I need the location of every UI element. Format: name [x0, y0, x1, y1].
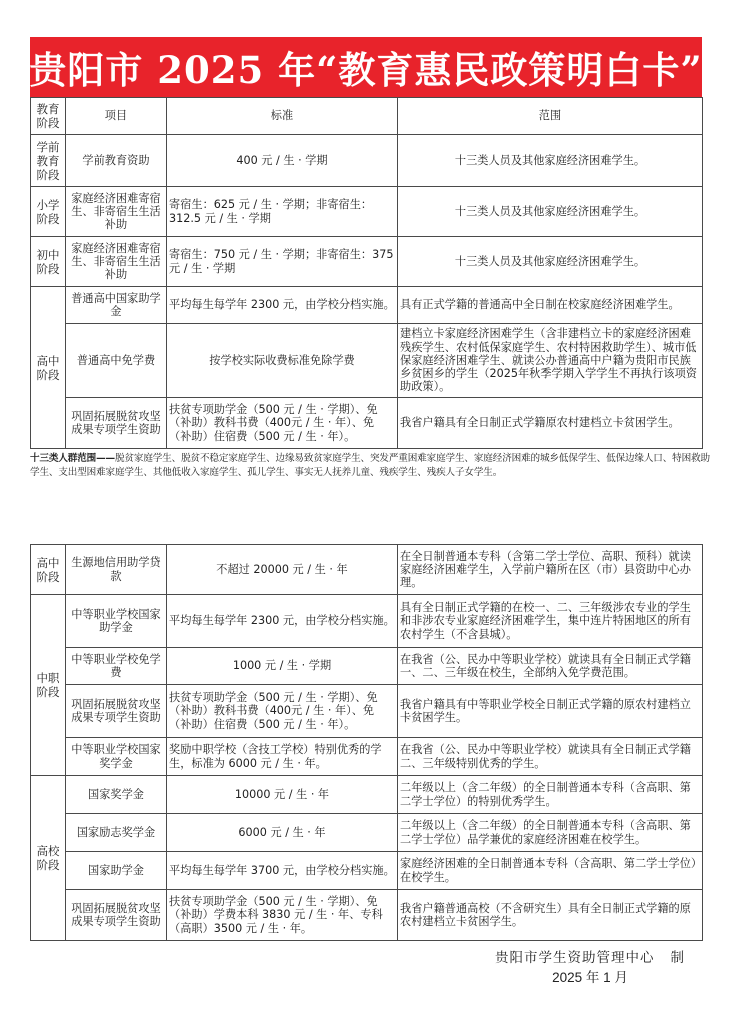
header-stage: 教育阶段 — [31, 98, 66, 135]
scope-cell: 我省户籍普通高校（不含研究生）具有全日制正式学籍的原农村建档立卡贫困学生。 — [398, 890, 703, 941]
item-cell: 中等职业学校国家助学金 — [66, 595, 167, 648]
standard-cell: 扶贫专项助学金（500 元 / 生 · 学期）、免（补助）教科书费（400元 /… — [167, 398, 398, 449]
scope-cell: 家庭经济困难的全日制普通本专科（含高职、第二学士学位）在校学生。 — [398, 852, 703, 890]
policy-table-1: 教育阶段 项目 标准 范围 学前教育阶段 学前教育资助 400 元 / 生 · … — [30, 97, 703, 449]
table-row: 高校阶段 国家奖学金 10000 元 / 生 · 年 二年级以上（含二年级）的全… — [31, 776, 703, 814]
policy-table-2: 高中阶段 生源地信用助学贷款 不超过 20000 元 / 生 · 年 在全日制普… — [30, 544, 703, 941]
table-row: 小学阶段 家庭经济困难寄宿生、非寄宿生生活补助 寄宿生：625 元 / 生 · … — [31, 187, 703, 237]
item-cell: 中等职业学校国家奖学金 — [66, 738, 167, 776]
item-cell: 巩固拓展脱贫攻坚成果专项学生资助 — [66, 685, 167, 738]
table-row: 国家助学金 平均每生每学年 3700 元，由学校分档实施。 家庭经济困难的全日制… — [31, 852, 703, 890]
item-cell: 巩固拓展脱贫攻坚成果专项学生资助 — [66, 398, 167, 449]
standard-cell: 平均每生每学年 2300 元，由学校分档实施。 — [167, 595, 398, 648]
table-row: 中等职业学校免学费 1000 元 / 生 · 学期 在我省（公、民办中等职业学校… — [31, 648, 703, 685]
table-row: 国家励志奖学金 6000 元 / 生 · 年 二年级以上（含二年级）的全日制普通… — [31, 814, 703, 852]
table-row: 巩固拓展脱贫攻坚成果专项学生资助 扶贫专项助学金（500 元 / 生 · 学期）… — [31, 890, 703, 941]
stage-cell: 高中阶段 — [31, 545, 66, 595]
standard-cell: 寄宿生：625 元 / 生 · 学期；非寄宿生：312.5 元 / 生 · 学期 — [167, 187, 398, 237]
thirteen-categories-note: 十三类人群范围——脱贫家庭学生、脱贫不稳定家庭学生、边缘易致贫家庭学生、突发严重… — [30, 452, 710, 479]
standard-cell: 不超过 20000 元 / 生 · 年 — [167, 545, 398, 595]
scope-cell: 二年级以上（含二年级）的全日制普通本专科（含高职、第二学士学位）品学兼优的家庭经… — [398, 814, 703, 852]
page-title: 贵阳市 2025 年“教育惠民政策明白卡” — [29, 40, 702, 94]
item-cell: 国家助学金 — [66, 852, 167, 890]
table-header-row: 教育阶段 项目 标准 范围 — [31, 98, 703, 135]
standard-cell: 平均每生每学年 3700 元，由学校分档实施。 — [167, 852, 398, 890]
standard-cell: 寄宿生：750 元 / 生 · 学期；非寄宿生：375 元 / 生 · 学期 — [167, 237, 398, 287]
table-row: 高中阶段 生源地信用助学贷款 不超过 20000 元 / 生 · 年 在全日制普… — [31, 545, 703, 595]
standard-cell: 1000 元 / 生 · 学期 — [167, 648, 398, 685]
standard-cell: 10000 元 / 生 · 年 — [167, 776, 398, 814]
standard-cell: 按学校实际收费标准免除学费 — [167, 324, 398, 398]
table-row: 初中阶段 家庭经济困难寄宿生、非寄宿生生活补助 寄宿生：750 元 / 生 · … — [31, 237, 703, 287]
table-row: 巩固拓展脱贫攻坚成果专项学生资助 扶贫专项助学金（500 元 / 生 · 学期）… — [31, 685, 703, 738]
table-row: 高中阶段 普通高中国家助学金 平均每生每学年 2300 元，由学校分档实施。 具… — [31, 287, 703, 324]
header-scope: 范围 — [398, 98, 703, 135]
scope-cell: 在我省（公、民办中等职业学校）就读具有全日制正式学籍一、二、三年级在校生，全部纳… — [398, 648, 703, 685]
issuer-footer: 贵阳市学生资助管理中心制 2025 年 1 月 — [470, 948, 710, 988]
note-text: 脱贫家庭学生、脱贫不稳定家庭学生、边缘易致贫家庭学生、突发严重困难家庭学生、家庭… — [30, 453, 710, 478]
stage-cell: 学前教育阶段 — [31, 135, 66, 187]
item-cell: 家庭经济困难寄宿生、非寄宿生生活补助 — [66, 237, 167, 287]
item-cell: 普通高中免学费 — [66, 324, 167, 398]
item-cell: 普通高中国家助学金 — [66, 287, 167, 324]
issuer-made: 制 — [671, 950, 686, 965]
stage-cell: 高校阶段 — [31, 776, 66, 941]
header-standard: 标准 — [167, 98, 398, 135]
scope-cell: 十三类人员及其他家庭经济困难学生。 — [398, 135, 703, 187]
standard-cell: 平均每生每学年 2300 元，由学校分档实施。 — [167, 287, 398, 324]
header-item: 项目 — [66, 98, 167, 135]
item-cell: 学前教育资助 — [66, 135, 167, 187]
table-row: 中职阶段 中等职业学校国家助学金 平均每生每学年 2300 元，由学校分档实施。… — [31, 595, 703, 648]
scope-cell: 在我省（公、民办中等职业学校）就读具有全日制正式学籍二、三年级特别优秀的学生。 — [398, 738, 703, 776]
scope-cell: 我省户籍具有全日制正式学籍原农村建档立卡贫困学生。 — [398, 398, 703, 449]
item-cell: 家庭经济困难寄宿生、非寄宿生生活补助 — [66, 187, 167, 237]
item-cell: 巩固拓展脱贫攻坚成果专项学生资助 — [66, 890, 167, 941]
table-row: 学前教育阶段 学前教育资助 400 元 / 生 · 学期 十三类人员及其他家庭经… — [31, 135, 703, 187]
item-cell: 生源地信用助学贷款 — [66, 545, 167, 595]
note-label: 十三类人群范围—— — [30, 453, 115, 464]
item-cell: 国家奖学金 — [66, 776, 167, 814]
standard-cell: 奖励中职学校（含技工学校）特别优秀的学生，标准为 6000 元 / 生 · 年。 — [167, 738, 398, 776]
scope-cell: 具有全日制正式学籍的在校一、二、三年级涉农专业的学生和非涉农专业家庭经济困难学生… — [398, 595, 703, 648]
scope-cell: 十三类人员及其他家庭经济困难学生。 — [398, 237, 703, 287]
scope-cell: 十三类人员及其他家庭经济困难学生。 — [398, 187, 703, 237]
scope-cell: 在全日制普通本专科（含第二学士学位、高职、预科）就读家庭经济困难学生，入学前户籍… — [398, 545, 703, 595]
scope-cell: 建档立卡家庭经济困难学生（含非建档立卡的家庭经济困难残疾学生、农村低保家庭学生、… — [398, 324, 703, 398]
page-title-banner: 贵阳市 2025 年“教育惠民政策明白卡” — [30, 37, 702, 97]
stage-cell: 初中阶段 — [31, 237, 66, 287]
item-cell: 中等职业学校免学费 — [66, 648, 167, 685]
standard-cell: 扶贫专项助学金（500 元 / 生 · 学期）、免（补助）教科书费（400元 /… — [167, 685, 398, 738]
standard-cell: 6000 元 / 生 · 年 — [167, 814, 398, 852]
table-row: 中等职业学校国家奖学金 奖励中职学校（含技工学校）特别优秀的学生，标准为 600… — [31, 738, 703, 776]
table-row: 普通高中免学费 按学校实际收费标准免除学费 建档立卡家庭经济困难学生（含非建档立… — [31, 324, 703, 398]
scope-cell: 具有正式学籍的普通高中全日制在校家庭经济困难学生。 — [398, 287, 703, 324]
issuer-name: 贵阳市学生资助管理中心 — [495, 950, 655, 965]
standard-cell: 扶贫专项助学金（500 元 / 生 · 学期）、免（补助）学费本科 3830 元… — [167, 890, 398, 941]
standard-cell: 400 元 / 生 · 学期 — [167, 135, 398, 187]
scope-cell: 二年级以上（含二年级）的全日制普通本专科（含高职、第二学士学位）的特别优秀学生。 — [398, 776, 703, 814]
issue-date: 2025 年 1 月 — [470, 968, 710, 988]
table-row: 巩固拓展脱贫攻坚成果专项学生资助 扶贫专项助学金（500 元 / 生 · 学期）… — [31, 398, 703, 449]
stage-cell: 高中阶段 — [31, 287, 66, 449]
stage-cell: 小学阶段 — [31, 187, 66, 237]
scope-cell: 我省户籍具有中等职业学校全日制正式学籍的原农村建档立卡贫困学生。 — [398, 685, 703, 738]
stage-cell: 中职阶段 — [31, 595, 66, 776]
item-cell: 国家励志奖学金 — [66, 814, 167, 852]
